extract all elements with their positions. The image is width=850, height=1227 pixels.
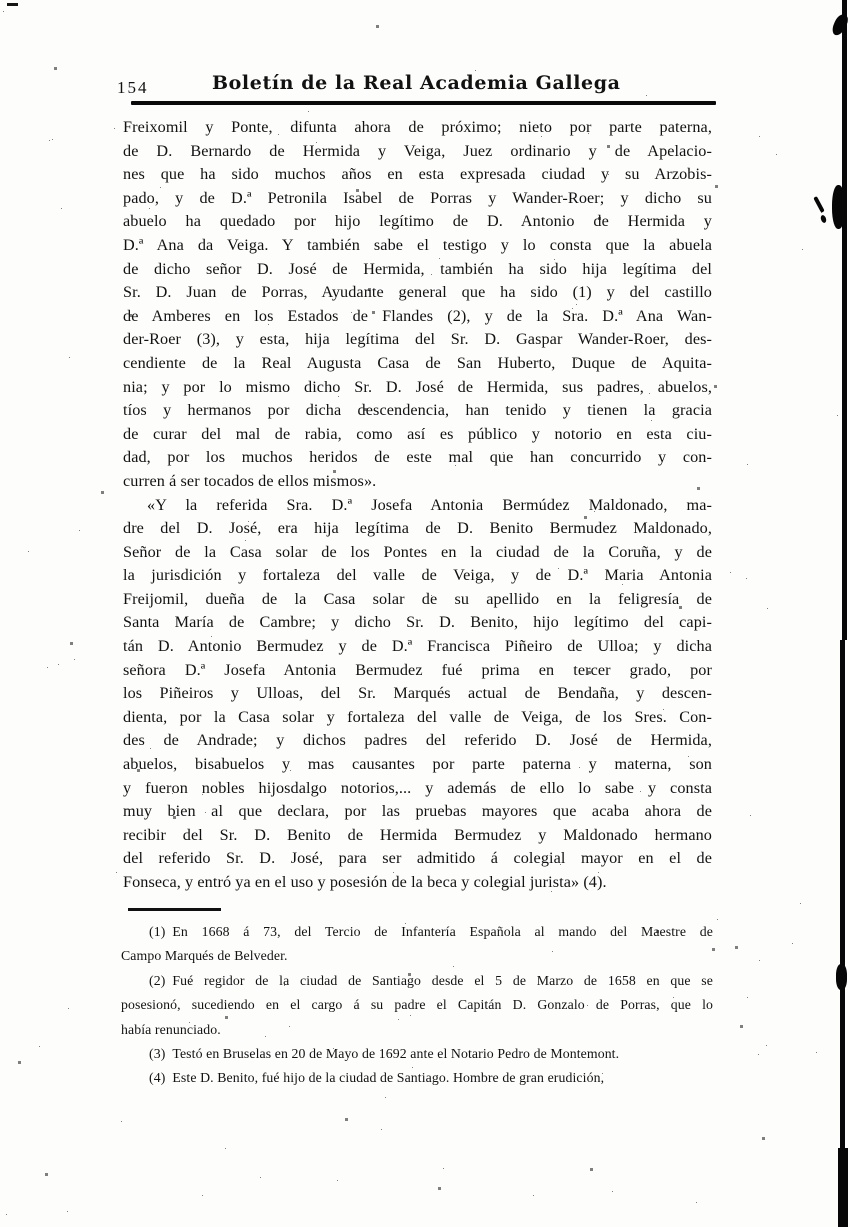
page-number: 154 [117,78,149,98]
text-line: des de Andrade; y dichos padres del refe… [123,729,712,753]
text-line: posesionó, sucediendo en el cargo á su p… [121,993,713,1017]
text-line: señora D.ª Josefa Antonia Bermudez fué p… [123,659,712,683]
scan-noise-speckles [0,0,1,1]
scanned-page: 154 Boletín de la Real Academia Gallega … [0,0,850,1227]
scan-gutter-line [838,1148,848,1227]
header-rule [131,101,716,105]
text-line: muy bien al que declara, por las pruebas… [123,800,712,824]
text-line: tíos y hermanos por dicha descendencia, … [123,399,712,423]
text-line: Sr. D. Juan de Porras, Ayudante general … [123,281,712,305]
text-line: D.ª Ana da Veiga. Y también sabe el test… [123,234,712,258]
scan-ink-blot [813,196,825,213]
text-line: (4) Este D. Benito, fué hijo de la ciuda… [121,1066,713,1090]
text-line: Campo Marqués de Belveder. [121,944,713,968]
text-line: la jurisdición y fortaleza del valle de … [123,564,712,588]
text-line: de D. Bernardo de Hermida y Veiga, Juez … [123,140,712,164]
footnote-separator-rule [128,908,221,911]
text-line: había renunciado. [121,1018,713,1042]
text-line: los Piñeiros y Ulloas, del Sr. Marqués a… [123,682,712,706]
text-line: Santa María de Cambre; y dicho Sr. D. Be… [123,611,712,635]
scan-gutter-line [840,640,845,1227]
text-line: y fueron nobles hijosdalgo notorios,... … [123,777,712,801]
text-line: de Amberes en los Estados de Flandes (2)… [123,305,712,329]
text-line: Freixomil y Ponte, difunta ahora de próx… [123,116,712,140]
scan-ink-blot [820,214,827,223]
text-line: abuelos, bisabuelos y mas causantes por … [123,753,712,777]
text-line: de dicho señor D. José de Hermida, tambi… [123,258,712,282]
footnote: (4) Este D. Benito, fué hijo de la ciuda… [121,1066,713,1090]
text-line: tán D. Antonio Bermudez y de D.ª Francis… [123,635,712,659]
scan-ink-blot [832,185,845,229]
text-line: (3) Testó en Bruselas en 20 de Mayo de 1… [121,1042,713,1066]
text-line: pado, y de D.ª Petronila Isabel de Porra… [123,187,712,211]
footnotes: (1) En 1668 á 73, del Tercio de Infanter… [121,920,713,1091]
text-line: nes que ha sido muchos años en esta expr… [123,163,712,187]
scan-ink-blot [836,964,847,990]
footnote: (3) Testó en Bruselas en 20 de Mayo de 1… [121,1042,713,1066]
text-line: «Y la referida Sra. D.ª Josefa Antonia B… [123,494,712,518]
text-line: Freijomil, dueña de la Casa solar de su … [123,588,712,612]
text-line: cendiente de la Real Augusta Casa de San… [123,352,712,376]
text-line: dre del D. José, era hija legítima de D.… [123,517,712,541]
scan-gutter-line [842,0,847,640]
footnote: (2) Fué regidor de la ciudad de Santiago… [121,969,713,1042]
text-line: (1) En 1668 á 73, del Tercio de Infanter… [121,920,713,944]
text-line: dienta, por la Casa solar y fortaleza de… [123,706,712,730]
text-line: del referido Sr. D. José, para ser admit… [123,847,712,871]
text-line: dad, por los muchos heridos de este mal … [123,446,712,470]
text-line: curren á ser tocados de ellos mismos». [123,470,712,494]
text-line: recibir del Sr. D. Benito de Hermida Ber… [123,824,712,848]
paragraph: Freixomil y Ponte, difunta ahora de próx… [123,116,712,494]
body-text: Freixomil y Ponte, difunta ahora de próx… [123,116,712,895]
text-line: de curar del mal de rabia, como así es p… [123,423,712,447]
paragraph: «Y la referida Sra. D.ª Josefa Antonia B… [123,494,712,895]
text-line: Fonseca, y entró ya en el uso y posesión… [123,871,712,895]
text-line: Señor de la Casa solar de los Pontes en … [123,541,712,565]
footnote: (1) En 1668 á 73, del Tercio de Infanter… [121,920,713,969]
scan-ink-blot [7,3,18,6]
text-line: der-Roer (3), y esta, hija legítima del … [123,328,712,352]
text-line: abuelo ha quedado por hijo legítimo de D… [123,210,712,234]
journal-header-title: Boletín de la Real Academia Gallega [212,72,621,94]
text-line: (2) Fué regidor de la ciudad de Santiago… [121,969,713,993]
text-line: nia; y por lo mismo dicho Sr. D. José de… [123,376,712,400]
